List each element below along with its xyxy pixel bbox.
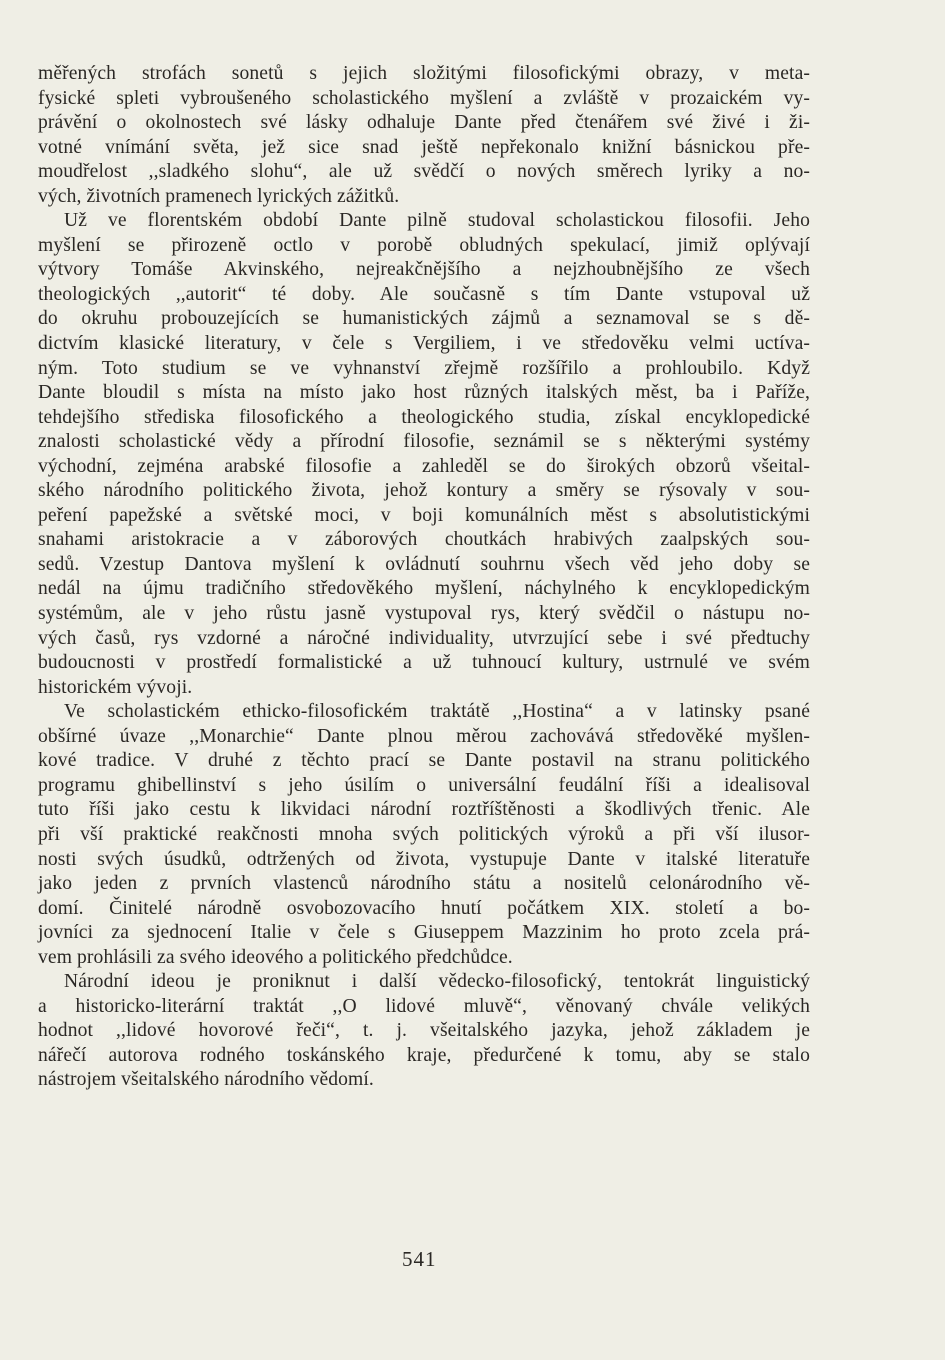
text-line: do okruhu probouzejících se humanistický… (38, 307, 810, 332)
text-line: jovníci za sjednocení Italie v čele s Gi… (38, 921, 810, 946)
text-line: hodnot ,,lidové hovorové řeči“, t. j. vš… (38, 1019, 810, 1044)
text-line: budoucnosti v prostředí formalistické a … (38, 651, 810, 676)
text-line: programu ghibellinství s jeho úsilím o u… (38, 774, 810, 799)
text-line: vých časů, rys vzdorné a náročné individ… (38, 627, 810, 652)
text-line: právění o okolnostech své lásky odhaluje… (38, 111, 810, 136)
text-line: nosti svých úsudků, odtržených od života… (38, 848, 810, 873)
text-line: Národní ideou je proniknut i další vědec… (38, 970, 810, 995)
text-line: votné vnímání světa, jež sice snad ještě… (38, 136, 810, 161)
text-line: myšlení se přirozeně octlo v porobě oblu… (38, 234, 810, 259)
paragraph-1: měřených strofách sonetů s jejich složit… (38, 62, 810, 209)
text-line: fysické spleti vybroušeného scholastické… (38, 87, 810, 112)
text-line: Už ve florentském období Dante pilně stu… (38, 209, 810, 234)
page-number: 541 (402, 1247, 437, 1272)
text-line: ského národního politického života, jeho… (38, 479, 810, 504)
text-line: ným. Toto studium se ve vyhnanství zřejm… (38, 357, 810, 382)
text-line: domí. Činitelé národně osvobozovacího hn… (38, 897, 810, 922)
text-line: nářečí autorova rodného toskánského kraj… (38, 1044, 810, 1069)
text-line: a historicko-literární traktát ,,O lidov… (38, 995, 810, 1020)
paragraph-2: Už ve florentském období Dante pilně stu… (38, 209, 810, 700)
text-line: dictvím klasické literatury, v čele s Ve… (38, 332, 810, 357)
text-line: znalosti scholastické vědy a přírodní fi… (38, 430, 810, 455)
text-line: obšírné úvaze ,,Monarchie“ Dante plnou m… (38, 725, 810, 750)
text-line: výtvory Tomáše Akvinského, nejreakčnější… (38, 258, 810, 283)
text-line: nástrojem všeitalského národního vědomí. (38, 1068, 810, 1093)
text-line: východní, zejména arabské filosofie a za… (38, 455, 810, 480)
paragraph-4: Národní ideou je proniknut i další vědec… (38, 970, 810, 1093)
text-line: jako jeden z prvních vlastenců národního… (38, 872, 810, 897)
text-line: při vší praktické reakčnosti mnoha svých… (38, 823, 810, 848)
text-line: tuto říši jako cestu k likvidaci národní… (38, 798, 810, 823)
paragraph-3: Ve scholastickém ethicko-filosofickém tr… (38, 700, 810, 970)
text-line: tehdejšího střediska filosofického a the… (38, 406, 810, 431)
text-line: Dante bloudil s místa na místo jako host… (38, 381, 810, 406)
text-line: kové tradice. V druhé z těchto prací se … (38, 749, 810, 774)
text-line: snahami aristokracie a v záborových chou… (38, 528, 810, 553)
text-line: moudřelost ,,sladkého slohu“, ale už svě… (38, 160, 810, 185)
text-line: měřených strofách sonetů s jejich složit… (38, 62, 810, 87)
text-line: vých, životních pramenech lyrických záži… (38, 185, 810, 210)
text-line: theologických ,,autorit“ té doby. Ale so… (38, 283, 810, 308)
text-line: sedů. Vzestup Dantova myšlení k ovládnut… (38, 553, 810, 578)
page-body: měřených strofách sonetů s jejich složit… (38, 62, 810, 1093)
text-line: Ve scholastickém ethicko-filosofickém tr… (38, 700, 810, 725)
text-line: vem prohlásili za svého ideového a polit… (38, 946, 810, 971)
text-line: peření papežské a světské moci, v boji k… (38, 504, 810, 529)
text-line: nedál na újmu tradičního středověkého my… (38, 577, 810, 602)
text-line: systémům, ale v jeho růstu jasně vystupo… (38, 602, 810, 627)
text-line: historickém vývoji. (38, 676, 810, 701)
